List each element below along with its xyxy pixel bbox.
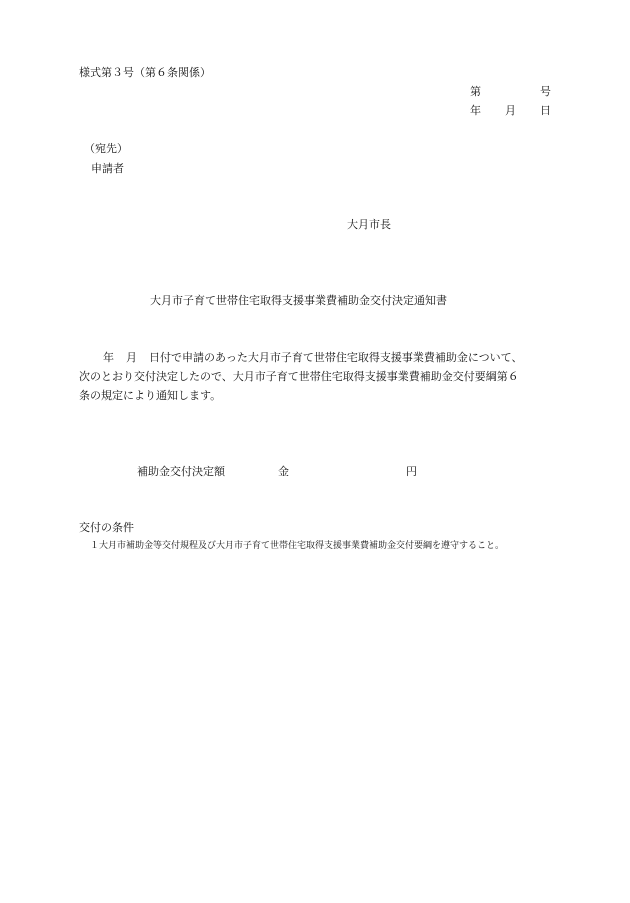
conditions-heading: 交付の条件 — [79, 522, 134, 533]
amount-prefix: 金 — [278, 466, 289, 477]
date-month: 月 — [505, 105, 516, 116]
addressee-name: 申請者 — [91, 163, 124, 174]
number-prefix: 第 — [470, 86, 481, 97]
body-line-3: 条の規定により通知します。 — [79, 390, 221, 401]
document-title: 大月市子育て世帯住宅取得支援事業費補助金交付決定通知書 — [150, 295, 447, 306]
condition-item: １大月市補助金等交付規程及び大月市子育て世帯住宅取得支援事業費補助金交付要綱を遵… — [90, 542, 504, 551]
addressee-label: （宛先） — [84, 143, 128, 154]
date-day: 日 — [540, 105, 551, 116]
body-line-2: 次のとおり交付決定したので、大月市子育て世帯住宅取得支援事業費補助金交付要綱第６ — [79, 371, 519, 382]
amount-suffix: 円 — [406, 466, 417, 477]
body-month: 月 — [126, 352, 137, 363]
body-line-1: 日付で申請のあった大月市子育て世帯住宅取得支援事業費補助金について、 — [149, 352, 522, 363]
body-year: 年 — [103, 352, 114, 363]
number-suffix: 号 — [540, 86, 551, 97]
form-label: 様式第３号（第６条関係） — [79, 67, 211, 78]
date-year: 年 — [470, 105, 481, 116]
amount-label: 補助金交付決定額 — [137, 466, 225, 477]
issuer: 大月市長 — [347, 219, 391, 230]
